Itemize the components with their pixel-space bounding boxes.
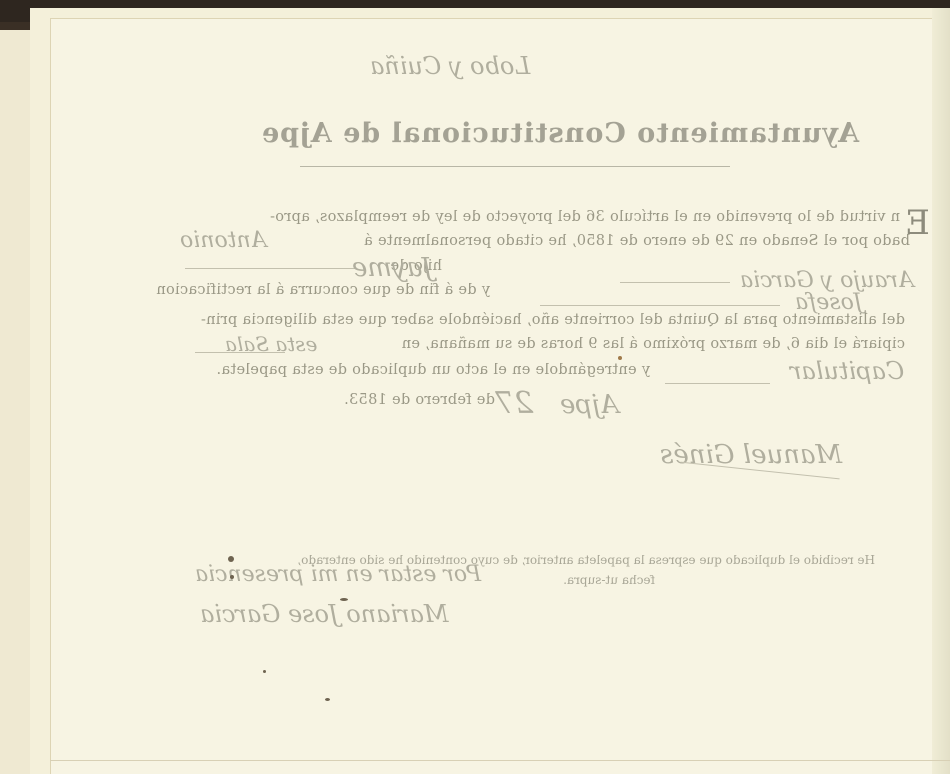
receipt-handwriting: Por estar en mi presencia [195, 562, 481, 587]
body-line: bado por el Senado en 29 de enero de 185… [440, 233, 910, 249]
ink-spot [263, 670, 266, 673]
handwritten-name: Antonio [180, 228, 267, 253]
ink-spot [228, 556, 234, 562]
page-leaf [0, 30, 15, 774]
receipt-signature: Mariano Jose Garcia [200, 600, 448, 628]
ink-spot [325, 698, 330, 701]
fill-line [665, 383, 770, 384]
handwritten-day: 27 [495, 386, 533, 421]
handwritten-capitular: Capitular [790, 357, 904, 385]
fill-line [185, 268, 355, 269]
body-line: y entregándole en el acto un duplicado d… [190, 362, 650, 378]
title-underline [300, 166, 730, 167]
page-gutter-shadow [932, 8, 950, 774]
fill-line [540, 305, 780, 306]
receipt-line: fecha ut-supra. [545, 573, 655, 587]
ink-spot [230, 575, 234, 579]
fill-line [195, 352, 285, 353]
handwritten-town: Ajpe [560, 390, 619, 420]
body-line: n virtud de lo prevenido en el artículo … [190, 209, 900, 225]
body-line: de febrero de 1853. [385, 392, 495, 408]
page-bottom-edge [50, 760, 950, 761]
signature-official: Manuel Ginés [660, 440, 842, 470]
body-line: y de á fin de que concurra á la rectific… [190, 282, 490, 298]
document-title: Ayuntamiento Constitucional de Ajpe [230, 118, 890, 149]
handwritten-father: Jayme [352, 253, 433, 283]
ink-spot [618, 356, 622, 360]
body-line: cipiará el dia 6, de marzo próximo á las… [420, 336, 905, 352]
ink-spot [340, 598, 348, 601]
header-handwriting: Lobo y Cuiña [370, 52, 530, 80]
body-line: del alistamiento para la Quinta del corr… [190, 312, 905, 328]
fill-line [620, 282, 730, 283]
